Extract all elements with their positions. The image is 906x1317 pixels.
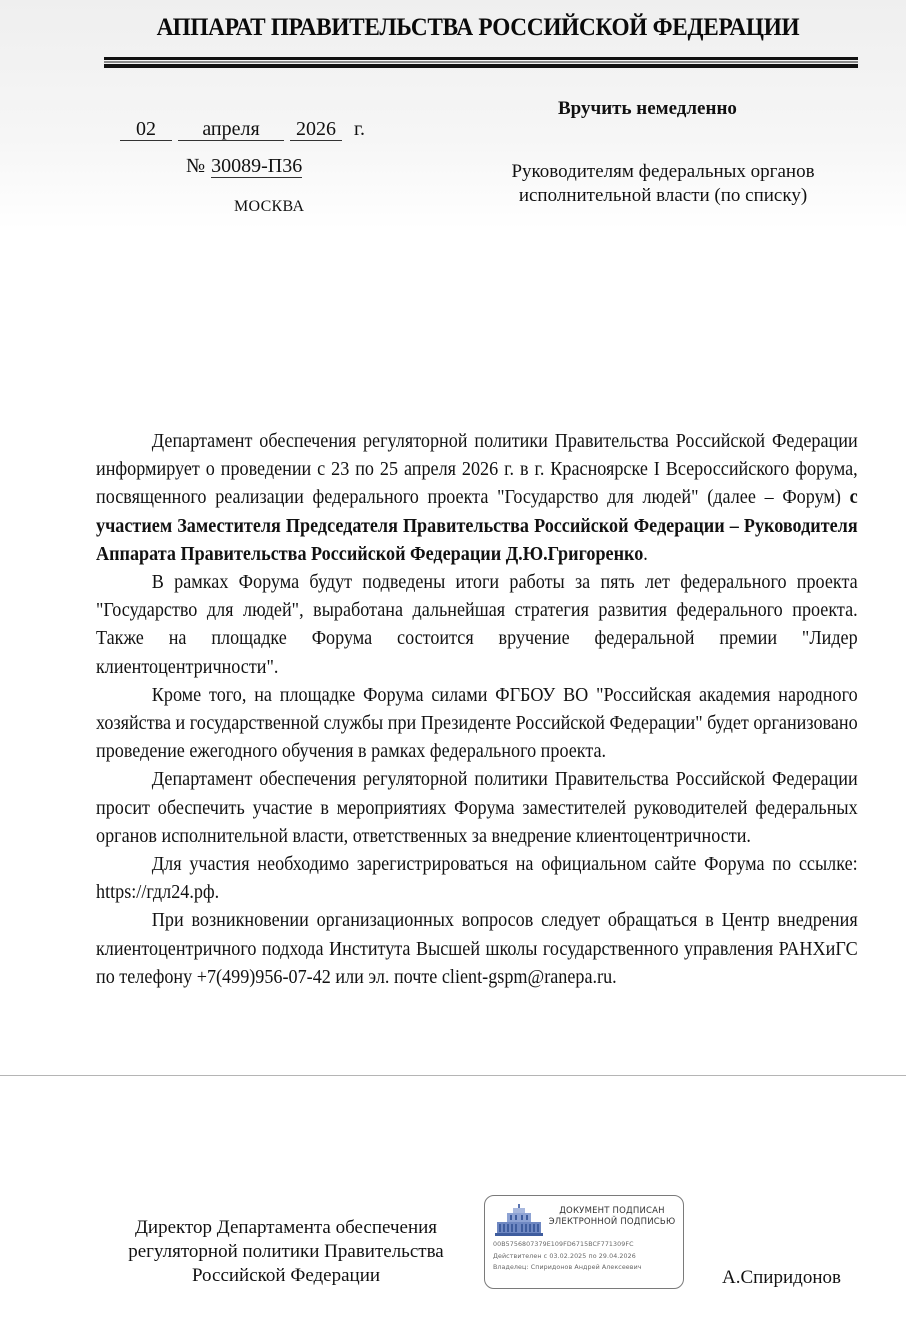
paragraph-3: Кроме того, на площадке Форума силами ФГ… (96, 682, 858, 767)
letter-body: Департамент обеспечения регуляторной пол… (96, 428, 858, 992)
paragraph-1-text: Департамент обеспечения регуляторной пол… (96, 431, 858, 508)
date-suffix: г. (354, 118, 365, 140)
number-value: 30089-П36 (211, 155, 302, 178)
signer-title: Директор Департамента обеспечения регуля… (96, 1216, 476, 1288)
stamp-owner: Владелец: Спиридонов Андрей Алексеевич (493, 1264, 642, 1271)
header-divider (104, 57, 858, 68)
number-sign: № (186, 155, 205, 177)
paragraph-6: При возникновении организационных вопрос… (96, 907, 858, 992)
document-number: №30089-П36 (186, 155, 302, 178)
urgency-note: Вручить немедленно (558, 98, 737, 120)
date-day: 02 (120, 118, 172, 141)
government-building-icon (495, 1204, 543, 1236)
organization-header: АППАРАТ ПРАВИТЕЛЬСТВА РОССИЙСКОЙ ФЕДЕРАЦ… (33, 14, 906, 42)
paragraph-5: Для участия необходимо зарегистрироватьс… (96, 851, 858, 907)
paragraph-4: Департамент обеспечения регуляторной пол… (96, 766, 858, 851)
document-city: МОСКВА (234, 198, 304, 216)
date-year: 2026 (290, 118, 342, 141)
signer-name: А.Спиридонов (722, 1267, 841, 1289)
addressee: Руководителям федеральных органов исполн… (480, 160, 846, 208)
paragraph-1: Департамент обеспечения регуляторной пол… (96, 428, 858, 569)
stamp-heading: ДОКУМЕНТ ПОДПИСАН ЭЛЕКТРОННОЙ ПОДПИСЬЮ (545, 1206, 679, 1228)
date-month: апреля (178, 118, 284, 141)
electronic-signature-stamp: ДОКУМЕНТ ПОДПИСАН ЭЛЕКТРОННОЙ ПОДПИСЬЮ 0… (484, 1195, 684, 1289)
page-break-line (0, 1075, 906, 1076)
stamp-heading-line1: ДОКУМЕНТ ПОДПИСАН (545, 1206, 679, 1217)
document-date: 02апреля2026г. (120, 118, 365, 141)
paragraph-1-end: . (643, 544, 648, 565)
stamp-validity: Действителен с 03.02.2025 по 29.04.2026 (493, 1253, 636, 1260)
stamp-heading-line2: ЭЛЕКТРОННОЙ ПОДПИСЬЮ (545, 1217, 679, 1228)
paragraph-2: В рамках Форума будут подведены итоги ра… (96, 569, 858, 682)
stamp-certificate: 00B5756807379E109FD6715BCF771309FC (493, 1241, 634, 1248)
